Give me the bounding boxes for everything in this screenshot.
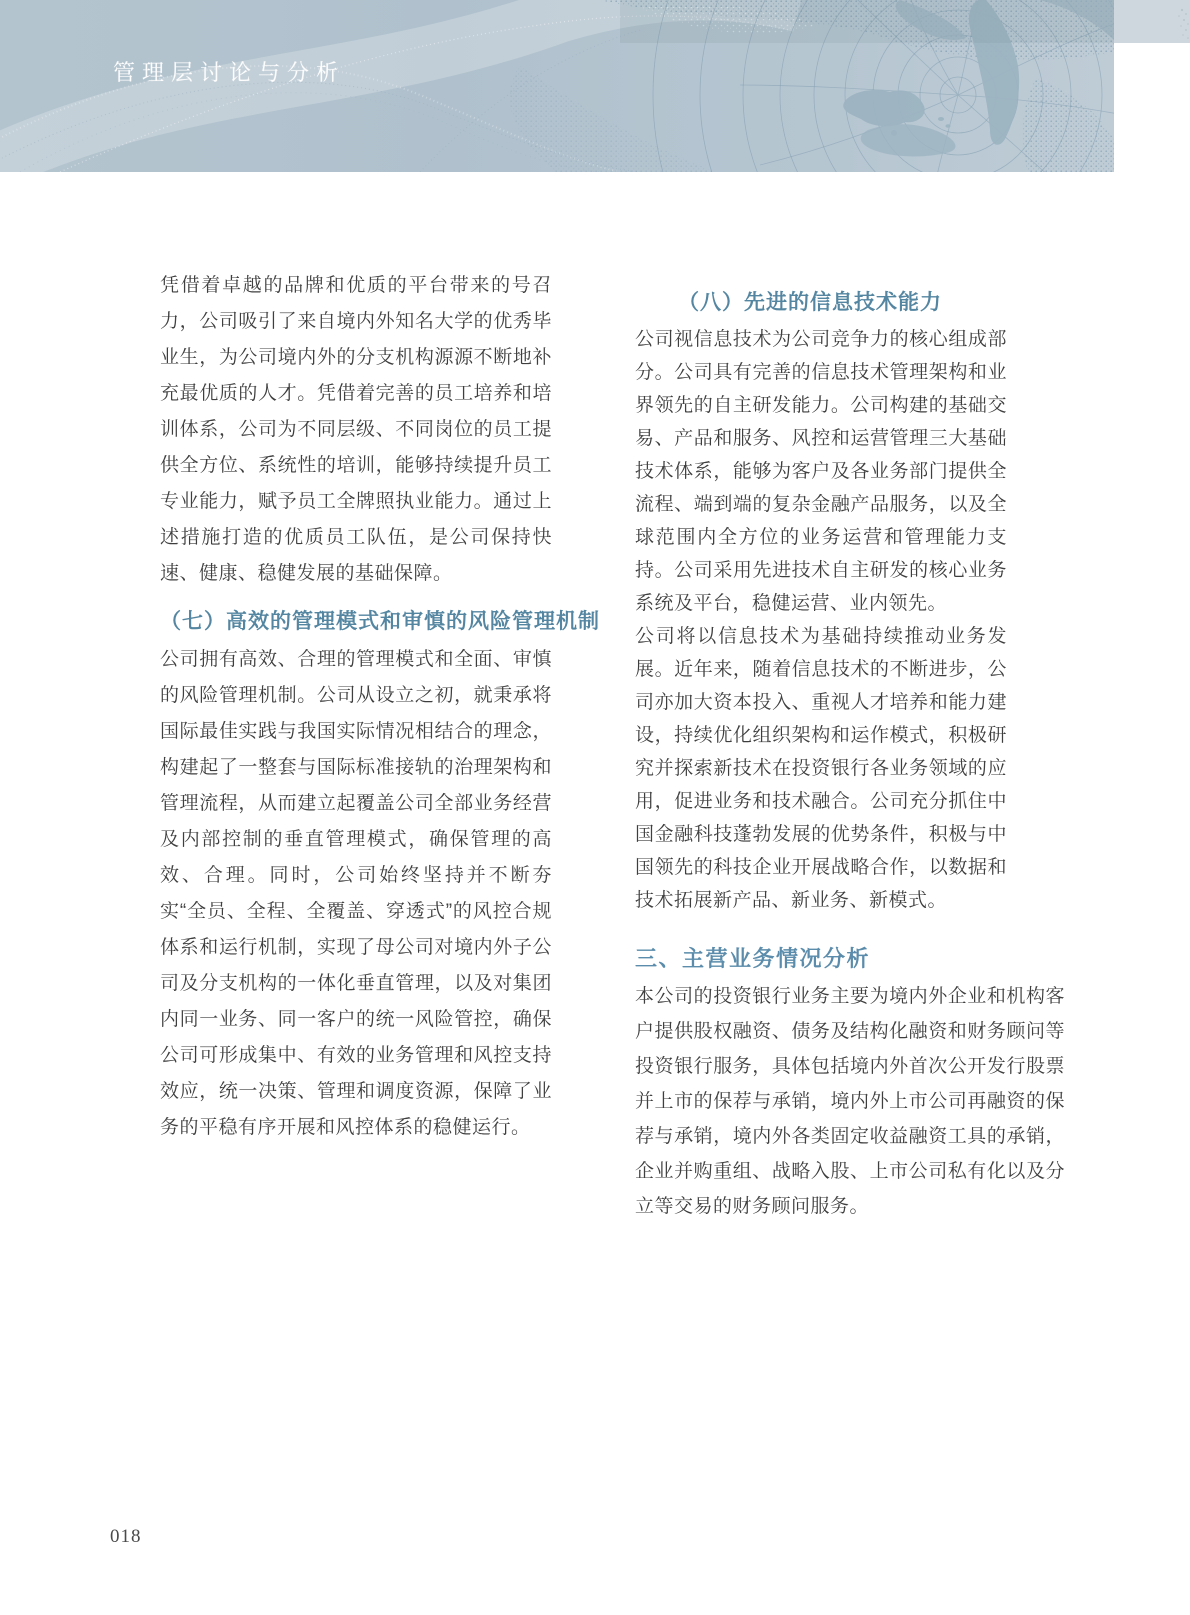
page-number: 018 xyxy=(110,1526,142,1548)
section3-heading: 三、主营业务情况分析 xyxy=(635,939,1090,979)
left-column: 凭借着卓越的品牌和优质的平台带来的号召力，公司吸引了来自境内外知名大学的优秀毕业… xyxy=(160,268,597,1146)
intro-paragraph: 凭借着卓越的品牌和优质的平台带来的号召力，公司吸引了来自境内外知名大学的优秀毕业… xyxy=(160,268,552,592)
section8-paragraph-2: 公司将以信息技术为基础持续推动业务发展。近年来，随着信息技术的不断进步，公司亦加… xyxy=(635,620,1007,917)
corner-speckle-icon xyxy=(1146,2,1190,48)
section3-paragraph: 本公司的投资银行业务主要为境内外企业和机构客户提供股权融资、债务及结构化融资和财… xyxy=(635,979,1065,1224)
header-band: 管理层讨论与分析 xyxy=(0,0,1114,172)
right-column: （八）先进的信息技术能力 公司视信息技术为公司竞争力的核心组成部分。公司具有完善… xyxy=(635,283,1090,1224)
section7-heading: （七）高效的管理模式和审慎的风险管理机制 xyxy=(160,602,656,642)
page-title: 管理层讨论与分析 xyxy=(113,58,345,88)
section8-paragraph-1: 公司视信息技术为公司竞争力的核心组成部分。公司具有完善的信息技术管理架构和业界领… xyxy=(635,323,1007,620)
header-top-strip xyxy=(620,0,1114,43)
section8-heading: （八）先进的信息技术能力 xyxy=(678,283,1090,323)
section7-paragraph: 公司拥有高效、合理的管理模式和全面、审慎的风险管理机制。公司从设立之初，就秉承将… xyxy=(160,642,552,1146)
